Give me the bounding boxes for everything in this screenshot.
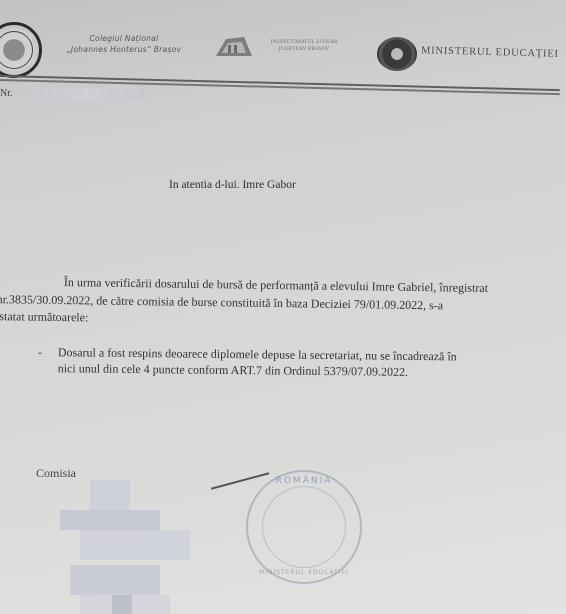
- registration-label: Nr.: [0, 88, 13, 99]
- registration-number-redacted: [28, 88, 146, 100]
- ministry-name: MINISTERUL EDUCAȚIEI: [421, 45, 559, 60]
- school-name: Colegiul Național „Johannes Honterus” Br…: [44, 33, 204, 55]
- stamp-bottom-text: MINISTERUL EDUCAȚIEI: [248, 569, 360, 576]
- finding-bullet: - Dosarul a fost respins deoarece diplom…: [38, 344, 558, 381]
- body-paragraph: În urma verificării dosarului de bursă d…: [0, 273, 566, 334]
- isj-name-line2: JUDEȚEAN BRAȘOV: [264, 46, 344, 53]
- scanned-letter: Colegiul Național „Johannes Honterus” Br…: [0, 0, 566, 614]
- official-stamp: ROMÂNIA MINISTERUL EDUCAȚIEI: [246, 470, 362, 584]
- isj-building-icon: [214, 35, 254, 57]
- signature-redacted: [60, 470, 190, 614]
- stamp-top-text: ROMÂNIA: [248, 476, 360, 486]
- isj-name-line1: INSPECTORATUL ȘCOLAR: [264, 39, 344, 46]
- school-name-line2: „Johannes Honterus” Brașov: [44, 44, 204, 55]
- addressee-line: In atentia d-lui. Imre Gabor: [169, 179, 296, 191]
- isj-name: INSPECTORATUL ȘCOLAR JUDEȚEAN BRAȘOV: [264, 39, 344, 53]
- school-name-line1: Colegiul Național: [44, 33, 204, 44]
- school-crest-icon: [0, 22, 42, 78]
- ministry-coat-of-arms-icon: [377, 37, 417, 71]
- bullet-marker: -: [38, 344, 42, 360]
